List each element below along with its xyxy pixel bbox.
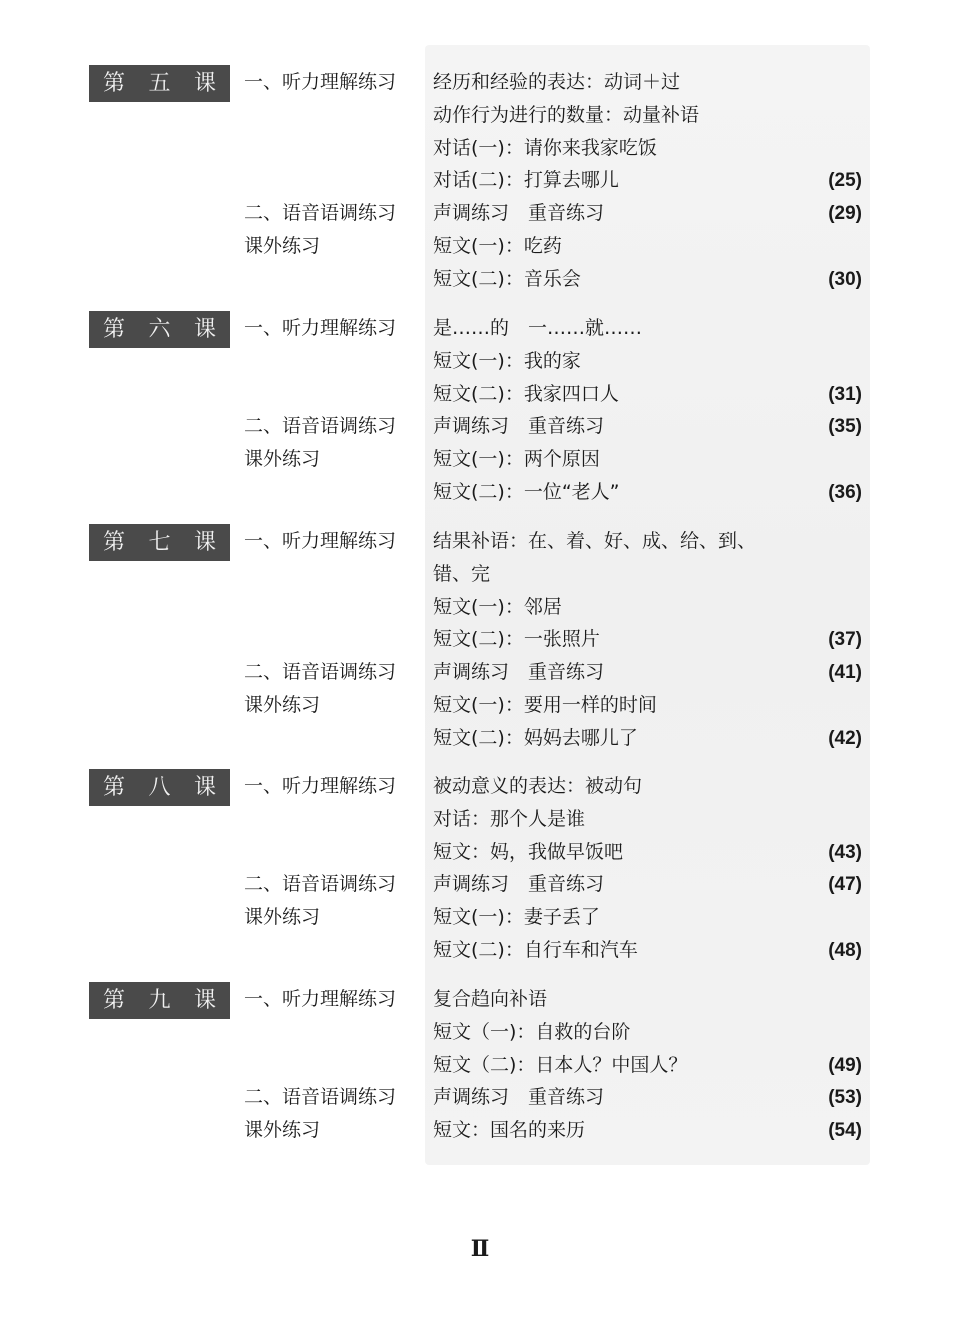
toc-row: 一、听力理解练习经历和经验的表达：动词＋过 [0,66,960,99]
toc-entry: 声调练习 重音练习 [433,656,604,689]
toc-row: 短文(二)：我家四口人(31) [0,378,960,411]
section-title: 一、听力理解练习 [244,770,396,803]
toc-entry: 短文（二)：日本人？中国人？ [433,1049,687,1082]
toc-entry: 声调练习 重音练习 [433,1081,604,1114]
toc-row: 课外练习短文(一)：要用一样的时间 [0,689,960,722]
toc-row: 对话(二)：打算去哪儿(25) [0,164,960,197]
section-title: 课外练习 [244,230,320,263]
toc-entry: 对话(二)：打算去哪儿 [433,164,619,197]
section-title: 课外练习 [244,901,320,934]
section-title: 一、听力理解练习 [244,66,396,99]
toc-row: 短文（二)：日本人？中国人？(49) [0,1049,960,1082]
section-title: 课外练习 [244,1114,320,1147]
section-title: 二、语音语调练习 [244,656,396,689]
section-title: 课外练习 [244,689,320,722]
toc-entry: 短文(二)：我家四口人 [433,378,619,411]
page-ref: (43) [828,836,862,869]
toc-row: 短文(二)：一位“老人”(36) [0,476,960,509]
toc-row: 错、完 [0,558,960,591]
page-ref: (49) [828,1049,862,1082]
section-title: 一、听力理解练习 [244,525,396,558]
page-ref: (54) [828,1114,862,1147]
toc-row: 短文：妈，我做早饭吧(43) [0,836,960,869]
toc-entry: 短文(二)：一位“老人” [433,476,620,509]
toc-row: 课外练习短文(一)：两个原因 [0,443,960,476]
toc-entry: 错、完 [433,558,490,591]
toc-entry: 短文(一)：两个原因 [433,443,600,476]
toc-row: 二、语音语调练习声调练习 重音练习(35) [0,410,960,443]
toc-entry: 是……的 一……就…… [433,312,642,345]
toc-entry: 短文(一)：吃药 [433,230,562,263]
toc-entry: 对话：那个人是谁 [433,803,585,836]
section-title: 二、语音语调练习 [244,410,396,443]
toc-row: 短文(二)：妈妈去哪儿了(42) [0,722,960,755]
toc-row: 一、听力理解练习复合趋向补语 [0,983,960,1016]
toc-row: 短文(一)：邻居 [0,591,960,624]
toc-row: 动作行为进行的数量：动量补语 [0,99,960,132]
section-title: 二、语音语调练习 [244,868,396,901]
page-ref: (30) [828,263,862,296]
toc-row: 短文(一)：我的家 [0,345,960,378]
toc-entry: 经历和经验的表达：动词＋过 [433,66,680,99]
toc-entry: 结果补语：在、着、好、成、给、到、 [433,525,756,558]
page-ref: (29) [828,197,862,230]
toc-row: 课外练习短文：国名的来历(54) [0,1114,960,1147]
toc-row: 短文(二)：音乐会(30) [0,263,960,296]
page-ref: (36) [828,476,862,509]
toc-entry: 声调练习 重音练习 [433,410,604,443]
toc-row: 短文(二)：一张照片(37) [0,623,960,656]
page-ref: (47) [828,868,862,901]
page-ref: (37) [828,623,862,656]
page-ref: (25) [828,164,862,197]
toc-entry: 声调练习 重音练习 [433,197,604,230]
section-title: 课外练习 [244,443,320,476]
toc-entry: 短文(一)：妻子丢了 [433,901,600,934]
toc-row: 二、语音语调练习声调练习 重音练习(41) [0,656,960,689]
toc-row: 短文（一)：自救的台阶 [0,1016,960,1049]
toc-entry: 短文(二)：一张照片 [433,623,600,656]
toc-row: 课外练习短文(一)：妻子丢了 [0,901,960,934]
toc-entry: 被动意义的表达：被动句 [433,770,642,803]
toc-row: 一、听力理解练习是……的 一……就…… [0,312,960,345]
section-title: 一、听力理解练习 [244,312,396,345]
toc-entry: 声调练习 重音练习 [433,868,604,901]
toc-row: 二、语音语调练习声调练习 重音练习(47) [0,868,960,901]
toc-row: 二、语音语调练习声调练习 重音练习(53) [0,1081,960,1114]
toc-entry: 短文(一)：要用一样的时间 [433,689,657,722]
toc-row: 对话：那个人是谁 [0,803,960,836]
toc-entry: 复合趋向补语 [433,983,547,1016]
toc-row: 二、语音语调练习声调练习 重音练习(29) [0,197,960,230]
page-ref: (35) [828,410,862,443]
toc-row: 一、听力理解练习结果补语：在、着、好、成、给、到、 [0,525,960,558]
toc-row: 对话(一)：请你来我家吃饭 [0,132,960,165]
toc-entry: 对话(一)：请你来我家吃饭 [433,132,657,165]
toc-entry: 短文(二)：音乐会 [433,263,581,296]
toc-entry: 短文（一)：自救的台阶 [433,1016,630,1049]
toc-entry: 短文(一)：邻居 [433,591,562,624]
page-ref: (48) [828,934,862,967]
page-ref: (41) [828,656,862,689]
toc-entry: 短文(一)：我的家 [433,345,581,378]
section-title: 二、语音语调练习 [244,1081,396,1114]
section-title: 一、听力理解练习 [244,983,396,1016]
page-ref: (31) [828,378,862,411]
toc-entry: 短文(二)：妈妈去哪儿了 [433,722,638,755]
page-number: Ⅱ [0,1236,960,1262]
toc-entry: 短文：妈，我做早饭吧 [433,836,623,869]
toc-entry: 动作行为进行的数量：动量补语 [433,99,699,132]
page-ref: (53) [828,1081,862,1114]
page-ref: (42) [828,722,862,755]
toc-row: 短文(二)：自行车和汽车(48) [0,934,960,967]
section-title: 二、语音语调练习 [244,197,396,230]
toc-row: 课外练习短文(一)：吃药 [0,230,960,263]
toc-entry: 短文：国名的来历 [433,1114,585,1147]
toc-row: 一、听力理解练习被动意义的表达：被动句 [0,770,960,803]
toc-entry: 短文(二)：自行车和汽车 [433,934,638,967]
